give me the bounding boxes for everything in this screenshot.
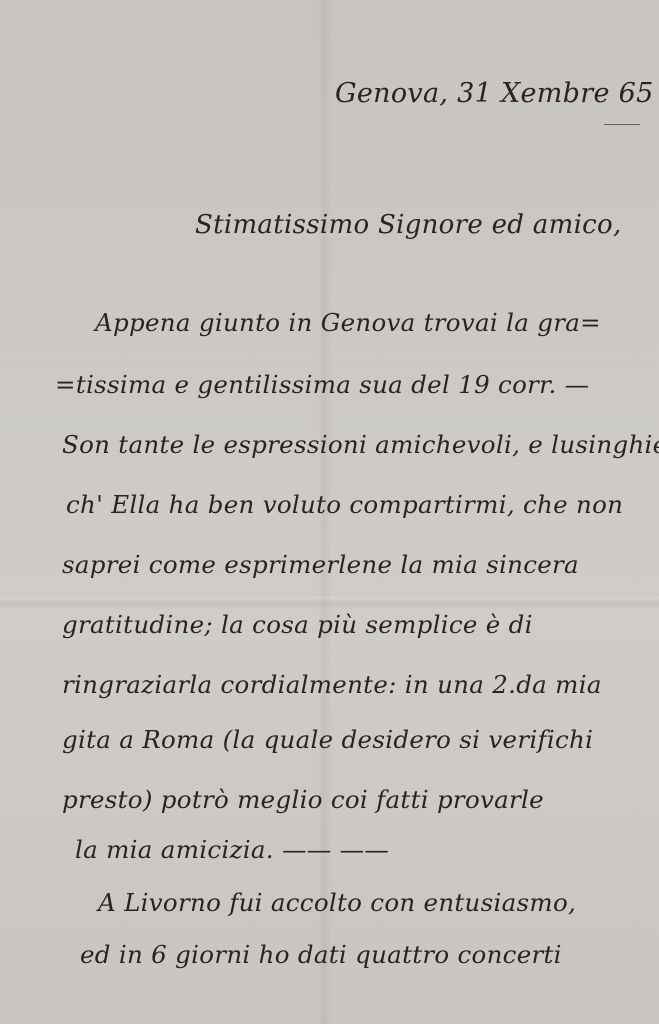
letter-line: ch' Ella ha ben voluto compartirmi, che … — [66, 490, 623, 519]
letter-paper: Genova, 31 Xembre 65 Stimatissimo Signor… — [0, 0, 659, 1024]
letter-line: =tissima e gentilissima sua del 19 corr.… — [55, 370, 589, 399]
letter-dateline: Genova, 31 Xembre 65 — [335, 78, 654, 109]
letter-salutation: Stimatissimo Signore ed amico, — [195, 210, 622, 240]
letter-line: saprei come esprimerlene la mia sincera — [62, 550, 579, 579]
letter-line: A Livorno fui accolto con entusiasmo, — [98, 888, 576, 917]
dateline-underline — [604, 124, 640, 125]
letter-line: gratitudine; la cosa più semplice è di — [62, 610, 533, 639]
letter-line: Son tante le espressioni amichevoli, e l… — [62, 430, 659, 459]
letter-line: ringraziarla cordialmente: in una 2.da m… — [62, 670, 602, 699]
letter-line: ed in 6 giorni ho dati quattro concerti — [80, 940, 562, 969]
letter-line: presto) potrò meglio coi fatti provarle — [62, 785, 544, 814]
letter-line: gita a Roma (la quale desidero si verifi… — [62, 725, 593, 754]
letter-line: Appena giunto in Genova trovai la gra= — [95, 308, 601, 337]
letter-line: la mia amicizia. —— —— — [75, 835, 389, 864]
